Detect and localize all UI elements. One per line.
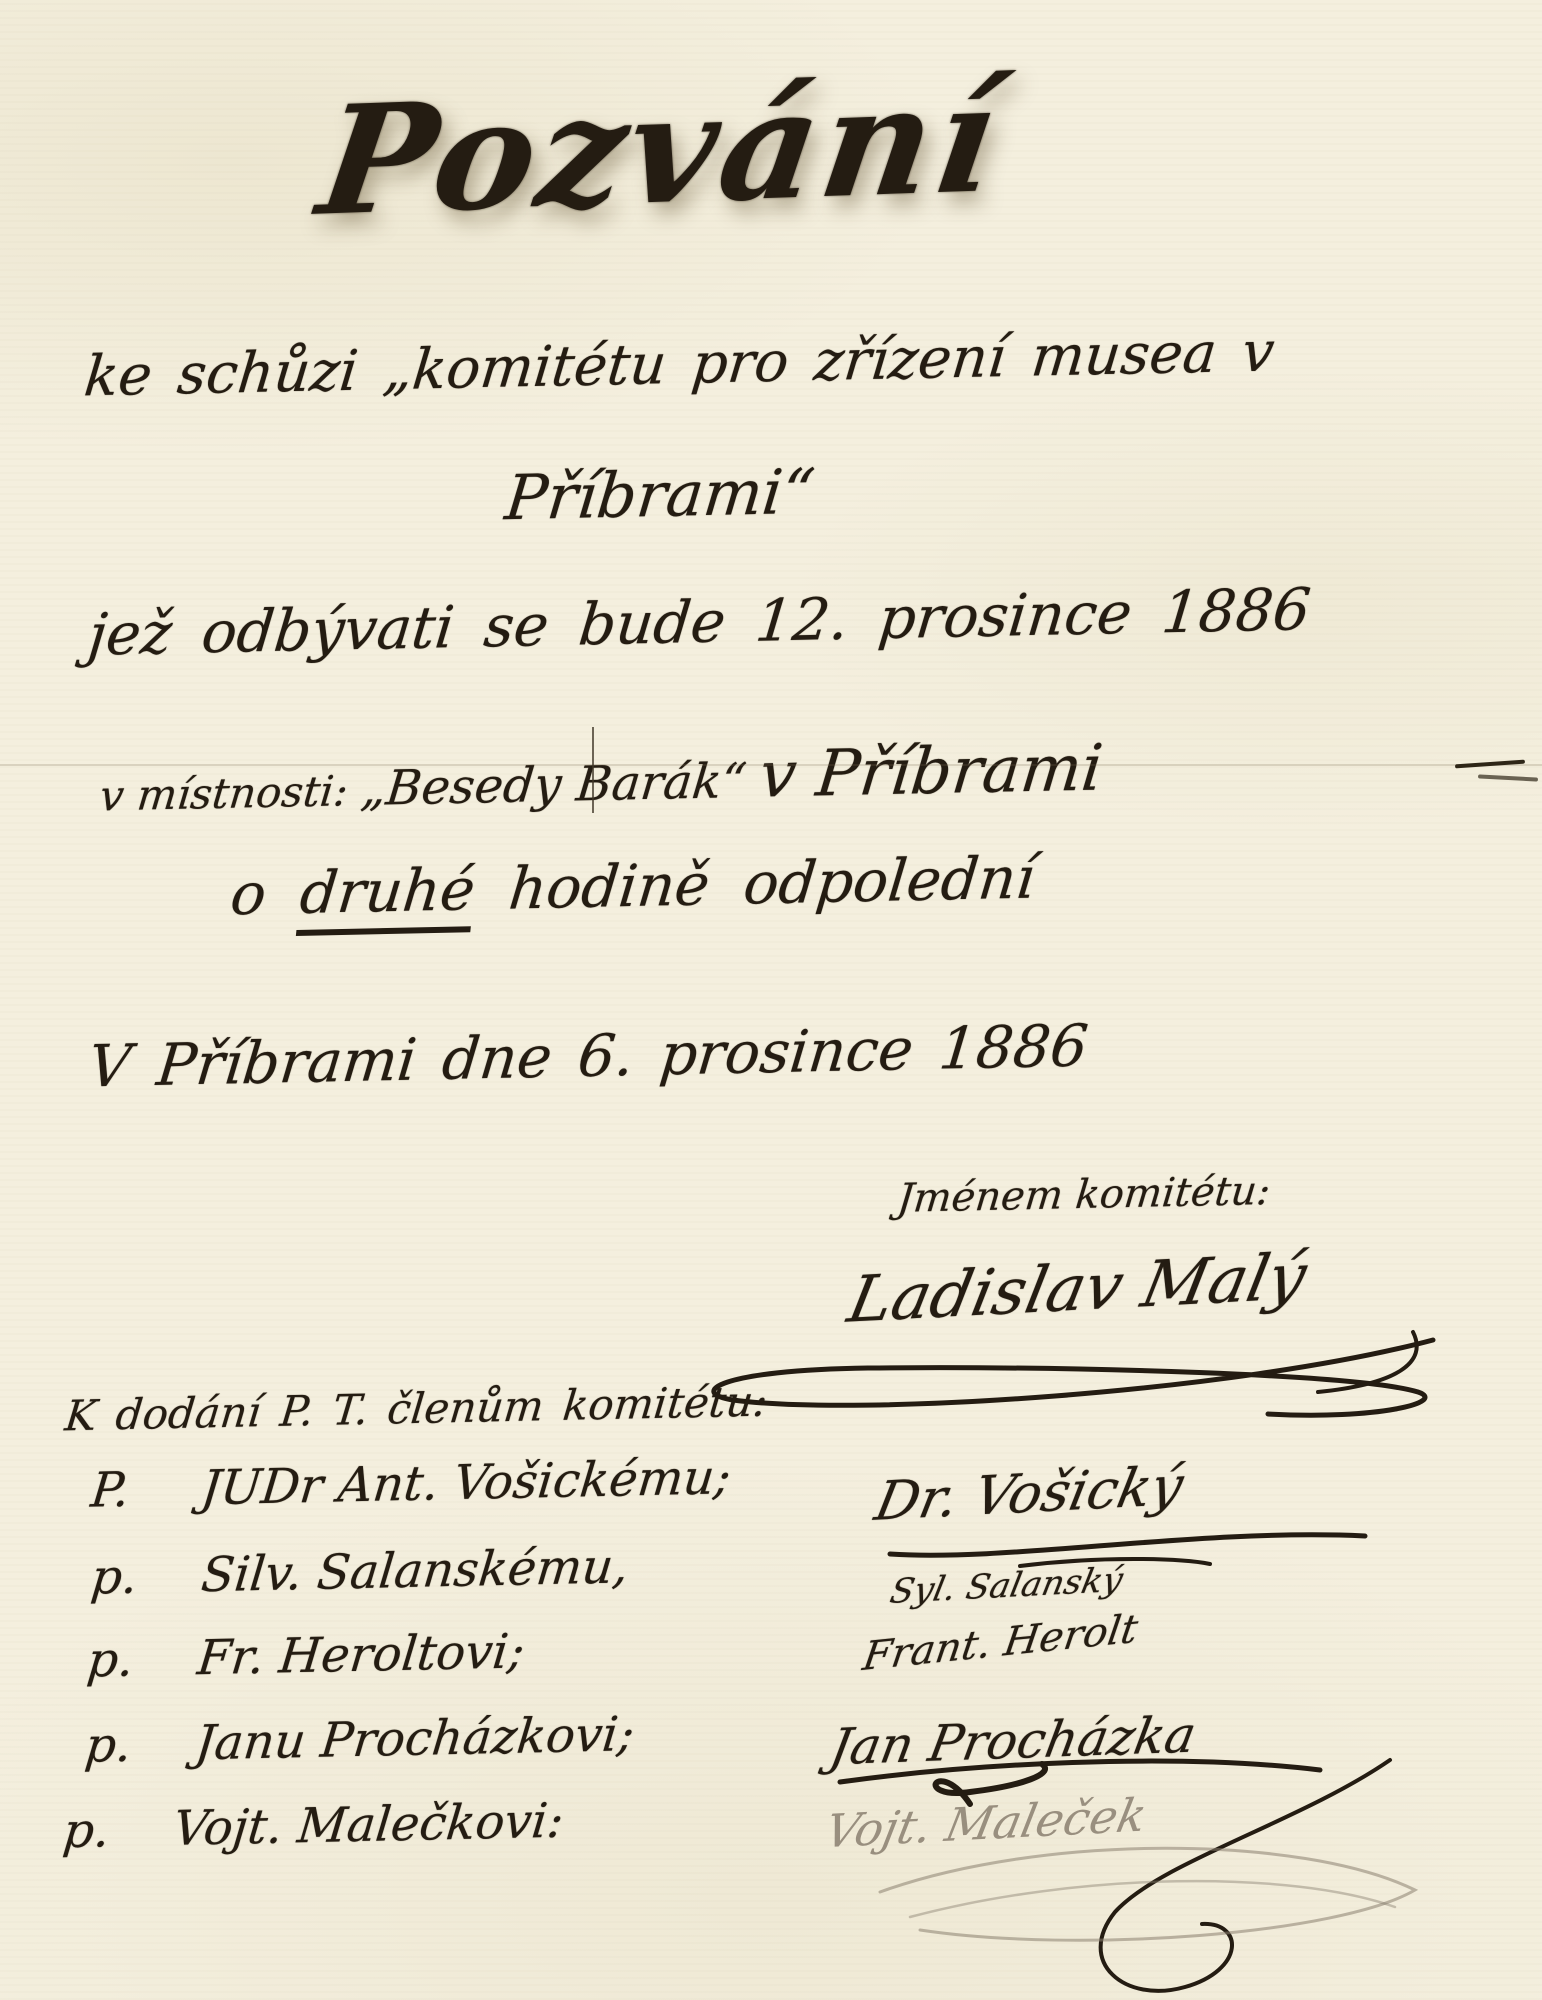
committee-heading: Jménem komitétu: <box>895 1168 1272 1222</box>
body-line-4-venue: „Besedy Barák“ <box>359 753 749 817</box>
horizontal-fold-crease <box>0 764 1542 766</box>
ack-signature-herolt: Frant. Herolt <box>860 1606 1141 1680</box>
edge-mark-bottom <box>1478 774 1538 781</box>
dateline: V Příbrami dne 6. prosince 1886 <box>85 1012 1091 1101</box>
recipient-label: P. <box>88 1460 204 1518</box>
body-line-4-town: v Příbrami <box>756 732 1106 813</box>
recipient-row: p.Janu Procházkovi; <box>83 1706 637 1773</box>
paper-texture <box>0 0 1542 2000</box>
edge-mark-top <box>1455 760 1525 769</box>
body-line-2: Příbrami“ <box>275 450 1044 539</box>
recipient-name: Vojt. Malečkovi: <box>171 1793 566 1857</box>
recipient-row: P.JUDr Ant. Vošickému; <box>88 1449 733 1518</box>
recipients-heading: K dodání P. T. členům komitétu: <box>63 1377 770 1441</box>
body-line-5-time: druhé <box>296 855 478 936</box>
recipient-label: p. <box>61 1801 177 1859</box>
body-line-1: ke schůzi „komitétu pro zřízení musea v <box>81 320 1277 410</box>
body-line-5-pre: o <box>228 859 304 928</box>
recipient-row: p.Fr. Heroltovi; <box>85 1623 528 1688</box>
bottom-signature-flourish <box>820 1742 1460 1998</box>
body-line-3: jež odbývati se bude 12. prosince 1886 <box>85 575 1314 669</box>
recipient-name: Fr. Heroltovi; <box>195 1623 527 1686</box>
recipient-name: Silv. Salanskému, <box>199 1538 631 1603</box>
recipient-label: p. <box>89 1547 205 1605</box>
recipient-name: JUDr Ant. Vošickému; <box>199 1449 734 1516</box>
vertical-fold-mark <box>592 727 594 813</box>
recipient-row: p.Silv. Salanskému, <box>89 1538 632 1605</box>
body-line-4: v místnosti: „Besedy Barák“ v Příbrami <box>97 732 1106 827</box>
body-line-5: o druhé hodině odpolední <box>228 844 1039 929</box>
signature-flourish <box>678 1322 1458 1442</box>
body-line-4-place-prefix: v místnosti: <box>98 766 351 820</box>
recipient-row: p.Vojt. Malečkovi: <box>61 1793 567 1859</box>
recipient-label: p. <box>85 1630 201 1688</box>
body-line-5-post: hodině odpolední <box>471 844 1038 924</box>
scanned-document-page: { "document": { "title": "Pozvání", "bod… <box>0 0 1542 2000</box>
document-title: Pozvání <box>265 49 1054 251</box>
vosicky-flourish <box>880 1516 1380 1572</box>
recipient-name: Janu Procházkovi; <box>193 1706 637 1771</box>
recipient-label: p. <box>83 1715 199 1773</box>
